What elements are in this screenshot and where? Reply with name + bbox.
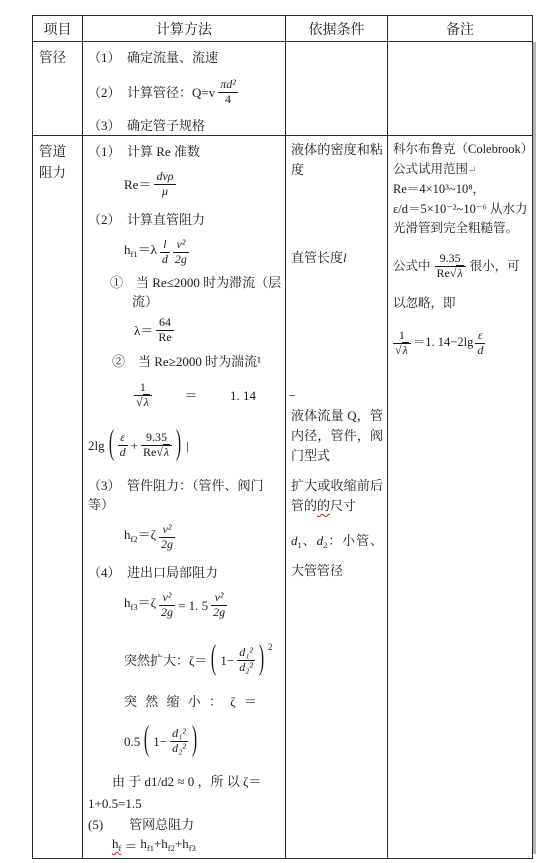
subscript: f2: [131, 534, 138, 544]
item-label-line2: 阻力: [39, 162, 78, 183]
den: d₂²: [170, 741, 188, 756]
den: d: [118, 445, 128, 460]
right-paren: ): [192, 723, 197, 758]
fraction: 9.35 Re√λ: [141, 431, 172, 460]
num: v²: [159, 591, 175, 605]
fraction: 9.35 Re√λ: [435, 252, 466, 281]
math-token: λ＝: [134, 321, 153, 340]
remark-roughness: 光滑管到完全粗糙管。: [393, 219, 529, 239]
formula-pipe-diameter: （2） 计算管径：Q=v πd² 4: [88, 75, 282, 109]
den: Re: [156, 330, 173, 345]
subscript: f: [119, 843, 122, 853]
left-paren: (: [211, 642, 216, 677]
sqrt: √λ: [395, 342, 409, 357]
basis-pipe-length: 直管长度l: [291, 248, 383, 268]
basis-density-viscosity: 液体的密度和粘度: [291, 140, 383, 180]
num: 1: [393, 329, 411, 343]
cell-basis-2: 液体的密度和粘度 直管长度l 液体流量 Q，管内径，管件，阀门型式 扩大或收缩前…: [286, 136, 388, 859]
formula-total-loss: hf＝ hf1+hf2+hf3: [112, 834, 282, 858]
den: √λ: [134, 395, 152, 410]
num: 9.35: [435, 252, 466, 266]
num: l: [160, 238, 170, 252]
formula-sudden-contraction: 0.5 ( 1− d₁² d₂² ): [124, 717, 282, 765]
den: Re√λ: [141, 445, 172, 460]
den: d: [475, 343, 485, 358]
cell-item-2: 管道 阻力: [33, 136, 83, 859]
remark-small-term: 公式中 9.35 Re√λ 很小，可: [393, 247, 529, 287]
fraction: l d: [160, 238, 170, 267]
num: d₁²: [237, 646, 255, 660]
step-total: (5) 管网总阻力: [88, 815, 282, 834]
left-paren: (: [144, 723, 149, 758]
math-token: hf3＝ζ: [124, 593, 156, 617]
basis-expansion-size: 扩大或收缩前后管的的尺寸: [291, 476, 383, 516]
den: √λ: [393, 343, 411, 358]
formula-colebrook-line2: 2lg ( ε d + 9.35 Re√λ ) |: [88, 423, 282, 467]
den: 2g: [173, 252, 189, 267]
col-header-basis: 依据条件: [286, 16, 388, 42]
col-header-item: 项目: [33, 16, 83, 42]
math-token: Re＝: [124, 175, 151, 194]
math-token: −: [289, 386, 296, 405]
math-token: 1. 14: [230, 386, 256, 405]
remark-neglect: 以忽略，即: [393, 294, 529, 314]
col-header-method: 计算方法: [83, 16, 286, 42]
page-edge-line: [533, 42, 536, 854]
cell-method-2: （1） 计算 Re 准数 Re＝ dvρ μ （2） 计算直管阻力 hf1＝λ …: [83, 136, 286, 859]
math-token: 2lg: [88, 436, 105, 455]
fraction: v² 2g: [173, 238, 189, 267]
formula-hf1: hf1＝λ l d v² 2g: [124, 235, 282, 269]
header-row: 项目 计算方法 依据条件 备注: [33, 16, 533, 42]
num: v²: [211, 591, 227, 605]
remark-scope: 公式试用范围↵: [393, 160, 529, 181]
num: ε: [118, 431, 128, 445]
fraction: d₁² d₂²: [170, 727, 188, 756]
fraction: πd² 4: [218, 78, 238, 107]
cell-method-1: （1） 确定流量、流速 （2） 计算管径：Q=v πd² 4 （3） 确定管子规…: [83, 42, 286, 136]
remark-colebrook: 科尔布鲁克（Colebrook）: [393, 140, 529, 160]
step-straight-pipe: （2） 计算直管阻力: [88, 210, 282, 229]
case-turbulent: ② 当 Re≥2000 时为湍流¹: [112, 352, 282, 371]
math-token-misspell: hf: [112, 834, 121, 858]
note-zeta: 由 于 d1/d2 ≈ 0 ，所 以 ζ＝: [112, 772, 282, 791]
sqrt: √λ: [450, 265, 464, 280]
calculation-table: 项目 计算方法 依据条件 备注 管径 （1） 确定流量、流速 （2） 计算管径：…: [32, 15, 533, 859]
formula-colebrook-line1: 1 √λ ＝ 1. 14 −: [134, 378, 296, 412]
misspelled-char: 的: [317, 498, 330, 513]
case-laminar: ① 当 Re≤2000 时为滞流（层流）: [110, 273, 282, 311]
den: 4: [218, 92, 238, 107]
left-paren: (: [109, 427, 114, 462]
fraction: 1 √λ: [393, 329, 411, 358]
step-3: （3） 确定管子规格: [88, 116, 282, 135]
math-token: hf1+hf2+hf3: [140, 834, 195, 858]
math-token: 1−: [220, 651, 234, 670]
formula-reynolds: Re＝ dvρ μ: [124, 167, 282, 201]
step-re: （1） 计算 Re 准数: [88, 142, 282, 161]
math-token: 1−: [153, 732, 167, 751]
math-token: ＝1. 14−2lg: [413, 333, 474, 353]
step-1: （1） 确定流量、流速: [88, 48, 282, 67]
fraction: v² 2g: [159, 591, 175, 620]
exponent: 2: [268, 638, 273, 657]
cell-remark-2: 科尔布鲁克（Colebrook） 公式试用范围↵ Re＝4×10³~10⁸， ε…: [388, 136, 533, 859]
math-token: 很小，可: [470, 257, 520, 277]
math-token: 突然扩大：ζ＝: [124, 651, 207, 670]
subscript: f2: [168, 843, 175, 853]
row-pipe-resistance: 管道 阻力 （1） 计算 Re 准数 Re＝ dvρ μ （2） 计算直管阻力: [33, 136, 533, 859]
den: 2g: [211, 605, 227, 620]
num: dvρ: [154, 170, 175, 184]
math-token: ＝: [184, 386, 197, 405]
fraction: ε d: [118, 431, 128, 460]
cursor-mark: |: [186, 436, 189, 455]
den: 2g: [159, 537, 175, 552]
den: Re√λ: [435, 266, 466, 281]
cell-remark-1: [388, 42, 533, 136]
label-sudden-contraction: 突 然 缩 小 ： ζ ＝: [124, 692, 282, 711]
sqrt: √λ: [156, 444, 170, 459]
math-token: hf2＝ζ: [124, 525, 156, 549]
remark-re-range: Re＝4×10³~10⁸，: [393, 180, 529, 200]
fraction: dvρ μ: [154, 170, 175, 199]
formula-hf2: hf2＝ζ v² 2g: [124, 520, 282, 554]
fraction: v² 2g: [159, 523, 175, 552]
num: v²: [159, 523, 175, 537]
var-l: l: [343, 250, 347, 265]
col-header-remark: 备注: [388, 16, 533, 42]
cell-item-1: 管径: [33, 42, 83, 136]
remark-simplified-formula: 1 √λ ＝1. 14−2lg ε d: [393, 322, 529, 364]
math-token: 公式中: [393, 257, 431, 277]
return-mark: ↵: [468, 165, 476, 176]
math-token: hf1＝λ: [124, 240, 157, 264]
subscript: f1: [147, 843, 154, 853]
remark-ed-range: ε/d＝5×10⁻²~10⁻⁶ 从水力: [393, 200, 529, 220]
num: v²: [173, 238, 189, 252]
math-token: 0.5: [124, 732, 140, 751]
item-label-line1: 管道: [39, 141, 78, 162]
right-paren: ): [176, 427, 181, 462]
math-token: +: [131, 436, 138, 455]
step-inlet-outlet: （4） 进出口局部阻力: [88, 563, 282, 582]
basis-d1-d2: d1、d2：小管、大管管径: [291, 528, 383, 584]
item-label: 管径: [39, 50, 66, 65]
den: 2g: [159, 605, 175, 620]
formula-hf3: hf3＝ζ v² 2g = 1. 5 v² 2g: [124, 588, 282, 622]
math-token: ＝: [124, 837, 137, 856]
num: d₁²: [170, 727, 188, 741]
note-zeta-value: 1+0.5=1.5: [88, 794, 282, 813]
den: μ: [154, 184, 175, 199]
fraction: 1 √λ: [134, 381, 152, 410]
den: d: [160, 252, 170, 267]
subscript: f3: [131, 602, 138, 612]
basis-flow-fittings: 液体流量 Q，管内径，管件，阀门型式: [291, 406, 383, 466]
num: ε: [475, 329, 485, 343]
den: d₂²: [237, 660, 255, 675]
document-page: 项目 计算方法 依据条件 备注 管径 （1） 确定流量、流速 （2） 计算管径：…: [0, 0, 554, 863]
formula-sudden-expansion: 突然扩大：ζ＝ ( 1− d₁² d₂² ) 2: [124, 636, 282, 684]
formula-lambda-laminar: λ＝ 64 Re: [134, 313, 282, 347]
num: 64: [156, 316, 173, 330]
sqrt: √λ: [136, 394, 150, 409]
row-pipe-diameter: 管径 （1） 确定流量、流速 （2） 计算管径：Q=v πd² 4 （3） 确定…: [33, 42, 533, 136]
num: 9.35: [141, 431, 172, 445]
right-paren: ): [259, 642, 264, 677]
math-token: = 1. 5: [178, 596, 208, 615]
subscript: f1: [131, 249, 138, 259]
fraction: d₁² d₂²: [237, 646, 255, 675]
cell-basis-1: [286, 42, 388, 136]
math-token: （2） 计算管径：Q=v: [88, 83, 215, 102]
step-fittings: （3） 管件阻力：（管件、阀门等）: [88, 476, 282, 514]
fraction: 64 Re: [156, 316, 173, 345]
num: πd²: [218, 78, 238, 92]
fraction: ε d: [475, 329, 485, 358]
subscript: f3: [189, 843, 196, 853]
fraction: v² 2g: [211, 591, 227, 620]
num: 1: [134, 381, 152, 395]
